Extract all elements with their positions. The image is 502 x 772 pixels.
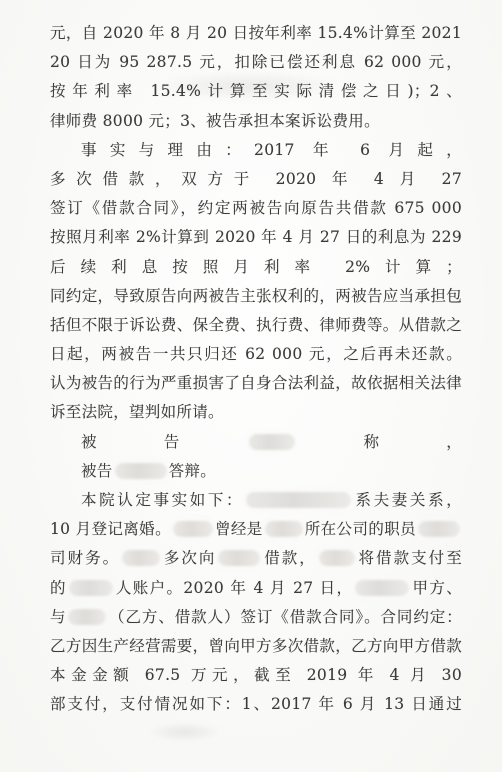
text-run: 曾经是 — [215, 520, 263, 538]
text-line: 事实与理由：2017 年 6 月起，两被告因经营需要向原告 — [50, 136, 462, 165]
text-run: 将借款支付至 — [357, 549, 462, 567]
redacted-name-block — [122, 550, 160, 566]
text-run: 与 — [50, 608, 66, 626]
text-line: 括但不限于诉讼费、保全费、执行费、律师费等。从借款之 — [50, 311, 462, 340]
document-body: 元，自 2020 年 8 月 20 日按年利率 15.4%计算至 2021 年 … — [50, 19, 462, 720]
text-line: 乙方因生产经营需要，曾向甲方多次借款，乙方向甲方借款 — [50, 632, 462, 661]
scan-bottom-smudge — [150, 724, 220, 740]
text-run: 借款， — [262, 549, 316, 567]
text-line: 认为被告的行为严重损害了自身合法利益，故依据相关法律 — [50, 369, 462, 398]
redacted-name-block — [68, 609, 106, 625]
text-run: 元，自 2020 年 8 月 20 日按年利率 15.4%计算至 2021 年 … — [50, 24, 462, 48]
text-run: 10 月登记离婚。 — [50, 520, 171, 538]
text-run: 乙方因生产经营需要，曾向甲方多次借款，乙方向甲方借款 — [50, 637, 462, 655]
redacted-name-block — [246, 492, 351, 508]
redacted-name-block — [319, 550, 355, 566]
text-line: 本院认定事实如下：系夫妻关系，2008 年 — [50, 486, 462, 515]
redacted-name-block — [69, 580, 113, 596]
redacted-name-block — [173, 521, 213, 537]
text-run: 司财务。 — [50, 549, 120, 567]
text-line: 20 日为 95 287.5 元，扣除已偿还利息 62 000 元，往后利息 — [50, 48, 462, 77]
text-line: 司财务。多次向借款，将借款支付至指定 — [50, 544, 462, 573]
text-run: 所在公司的职员 — [305, 520, 416, 538]
text-run: 认为被告的行为严重损害了自身合法利益，故依据相关法律 — [50, 374, 462, 392]
text-line: 部支付，支付情况如下：1、2017 年 6 月 13 日通过尾数 — [50, 690, 462, 719]
redacted-name-block — [115, 463, 167, 479]
text-run: 后续利息按照月利率 2%计算；因两被告违反法律规定或本合 — [50, 258, 462, 282]
text-line: 的人账户。2020 年 4 月 27 日，甲方、出借人） — [50, 574, 462, 603]
text-line: 10 月登记离婚。曾经是所在公司的职员是公 — [50, 515, 462, 544]
redacted-name-block — [355, 580, 409, 596]
text-line: 后续利息按照月利率 2%计算；因两被告违反法律规定或本合 — [50, 253, 462, 282]
text-run: 人账户。2020 年 4 月 27 日， — [115, 579, 354, 597]
text-run: 按照月利率 2%计算到 2020 年 4 月 27 日的利息为 229 455 … — [50, 228, 462, 252]
text-run: 部支付，支付情况如下：1、2017 年 6 月 13 日通过 — [50, 695, 462, 713]
text-run: 多次向 — [162, 549, 216, 567]
text-line: 签订《借款合同》，约定两被告向原告共借款 675 000 元， — [50, 194, 462, 223]
redacted-name-block — [265, 521, 303, 537]
text-line: 被告答辩。 — [50, 457, 462, 486]
redacted-name-block — [218, 550, 260, 566]
text-run: 的 — [50, 579, 67, 597]
text-run: 20 日为 95 287.5 元，扣除已偿还利息 62 000 元，往后利息 — [50, 53, 462, 77]
text-run: 按年利率 15.4%计算至实际清偿之日)；2、两被告支付原告 — [50, 82, 462, 106]
text-run: 被告 — [81, 462, 113, 480]
redacted-name-block — [418, 521, 460, 537]
text-line: 律师费 8000 元；3、被告承担本案诉讼费用。 — [50, 107, 462, 136]
text-run: 律师费 8000 元；3、被告承担本案诉讼费用。 — [50, 112, 380, 130]
text-run: 答辩。 — [169, 462, 216, 480]
text-run: 本金金额 67.5 万元，截至 2019 年 4 月 30 日借款金额已全 — [50, 666, 462, 690]
text-line: 同约定，导致原告向两被告主张权利的，两被告应当承担包 — [50, 282, 462, 311]
text-run: 签订《借款合同》，约定两被告向原告共借款 675 000 元， — [50, 199, 462, 223]
text-line: 本金金额 67.5 万元，截至 2019 年 4 月 30 日借款金额已全 — [50, 661, 462, 690]
text-line: 与（乙方、借款人）签订《借款合同》。合同约定：一、 — [50, 603, 462, 632]
text-run: 同约定，导致原告向两被告主张权利的，两被告应当承担包 — [50, 287, 462, 305]
text-run: 本院认定事实如下： — [81, 491, 244, 509]
text-run: （乙方、借款人）签订《借款合同》。合同约定：一、 — [50, 608, 462, 632]
text-line: 按照月利率 2%计算到 2020 年 4 月 27 日的利息为 229 455 … — [50, 223, 462, 252]
document-page: 元，自 2020 年 8 月 20 日按年利率 15.4%计算至 2021 年 … — [0, 0, 502, 772]
text-run: 诉至法院，望判如所请。 — [50, 403, 224, 421]
text-line: 按年利率 15.4%计算至实际清偿之日)；2、两被告支付原告 — [50, 77, 462, 106]
text-run: 被告 — [81, 433, 247, 451]
redacted-name-block — [249, 434, 295, 450]
text-run: 括但不限于诉讼费、保全费、执行费、律师费等。从借款之 — [50, 316, 462, 334]
text-line: 日起，两被告一共只归还 62 000 元，之后再未还款。原告 — [50, 340, 462, 369]
text-run: 事实与理由：2017 年 6 月起，两被告因经营需要向原告 — [50, 141, 462, 165]
text-line: 多次借款，双方于 2020 年 4 月 27 日对所有借款进行结算并 — [50, 165, 462, 194]
text-run: 日起，两被告一共只归还 62 000 元，之后再未还款。原告 — [50, 345, 462, 369]
text-line: 诉至法院，望判如所请。 — [50, 398, 462, 427]
text-line: 被告称，对原告诉请的借款事实和理由无异议。 — [50, 428, 462, 457]
text-run: 多次借款，双方于 2020 年 4 月 27 日对所有借款进行结算并 — [50, 170, 462, 194]
text-line: 元，自 2020 年 8 月 20 日按年利率 15.4%计算至 2021 年 … — [50, 19, 462, 48]
